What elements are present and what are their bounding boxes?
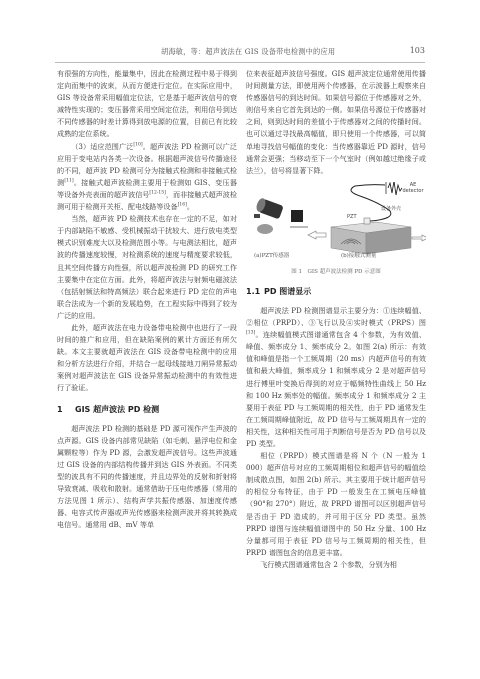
section-title: PD 图谱显示 bbox=[264, 287, 311, 296]
paragraph: 飞行模式图谱通常包含 2 个参数，分别为相 bbox=[246, 559, 426, 571]
citation: [10] bbox=[133, 142, 142, 147]
figure-1: AE detector 设备外壳 PZT (a)PZT传感器 (b)接触式测量 … bbox=[246, 182, 426, 277]
pzt-label: PZT bbox=[347, 214, 357, 220]
text: 。连续幅值模式图谱通常包含 4 个参数，为有效值、峰值、频率成分 1、频率成分 … bbox=[246, 330, 426, 448]
page-number: 103 bbox=[410, 46, 425, 55]
subcaption-a: (a)PZT传感器 bbox=[254, 250, 289, 262]
pzt-sensor-icon bbox=[254, 197, 308, 234]
citation: [16] bbox=[178, 203, 187, 208]
subcaption-b: (b)接触式测量 bbox=[341, 250, 376, 262]
enclosure-label: 设备外壳 bbox=[381, 206, 401, 212]
paragraph: 相位（PRPD）模式图谱是将 N 个（N 一般为 1 000）超声信号对应的工频… bbox=[246, 450, 426, 559]
text: 。 bbox=[187, 202, 194, 211]
right-column: 位来表征超声波信号强度。GIS 超声波定位通常使用传播时间测量方法，即使用两个传… bbox=[246, 68, 426, 571]
section-number: 1 bbox=[57, 404, 75, 416]
running-header: 胡海敏，等：超声波法在 GIS 设备带电检测中的应用 103 bbox=[55, 37, 425, 63]
ae-detector-label: AE detector bbox=[401, 182, 425, 194]
citation: [12-15] bbox=[149, 191, 165, 196]
section-title: GIS 超声波法 PD 检测 bbox=[75, 405, 159, 414]
figure-caption: 图 1 GIS 超声波法检测 PD 示意图 bbox=[246, 266, 426, 278]
citation: [13] bbox=[246, 331, 255, 336]
paragraph: 位来表征超声波信号强度。GIS 超声波定位通常使用传播时间测量方法，即使用两个传… bbox=[246, 68, 426, 177]
running-title: 胡海敏，等：超声波法在 GIS 设备带电检测中的应用 bbox=[161, 47, 335, 57]
section-heading: 1.1PD 图谱显示 bbox=[246, 286, 426, 298]
paragraph: 当然，超声波 PD 检测技术也存在一定的不足，如对于内部缺陷不敏感、受机械振动干… bbox=[57, 213, 237, 322]
citation: [11] bbox=[64, 178, 73, 183]
paragraph: 超声波法 PD 检测的基础是 PD 源可视作产生声波的点声源。GIS 设备内部常… bbox=[57, 423, 237, 532]
paragraph: 有很强的方向性，能量集中，因此在检测过程中易于得到定向而集中的波束，从而方便进行… bbox=[57, 68, 237, 141]
section-number: 1.1 bbox=[246, 286, 264, 298]
paragraph: （3）适应范围广泛[10]。超声波法 PD 检测可以广泛应用于变电站内各类一次设… bbox=[57, 141, 237, 214]
paragraph: 超声波法 PD 检测图谱显示主要分为：①连续幅值、②相位（PRPD）、③飞行以及… bbox=[246, 305, 426, 450]
text: 超声波法 PD 检测图谱显示主要分为：①连续幅值、②相位（PRPD）、③飞行以及… bbox=[246, 306, 426, 327]
section-heading: 1GIS 超声波法 PD 检测 bbox=[57, 404, 237, 416]
left-column: 有很强的方向性，能量集中，因此在检测过程中易于得到定向而集中的波束，从而方便进行… bbox=[57, 68, 237, 531]
text: （3）适应范围广泛 bbox=[71, 142, 133, 151]
paragraph: 此外，超声波法在电力设备带电检测中也进行了一段时间的推广和应用，但在缺陷案例的累… bbox=[57, 322, 237, 395]
